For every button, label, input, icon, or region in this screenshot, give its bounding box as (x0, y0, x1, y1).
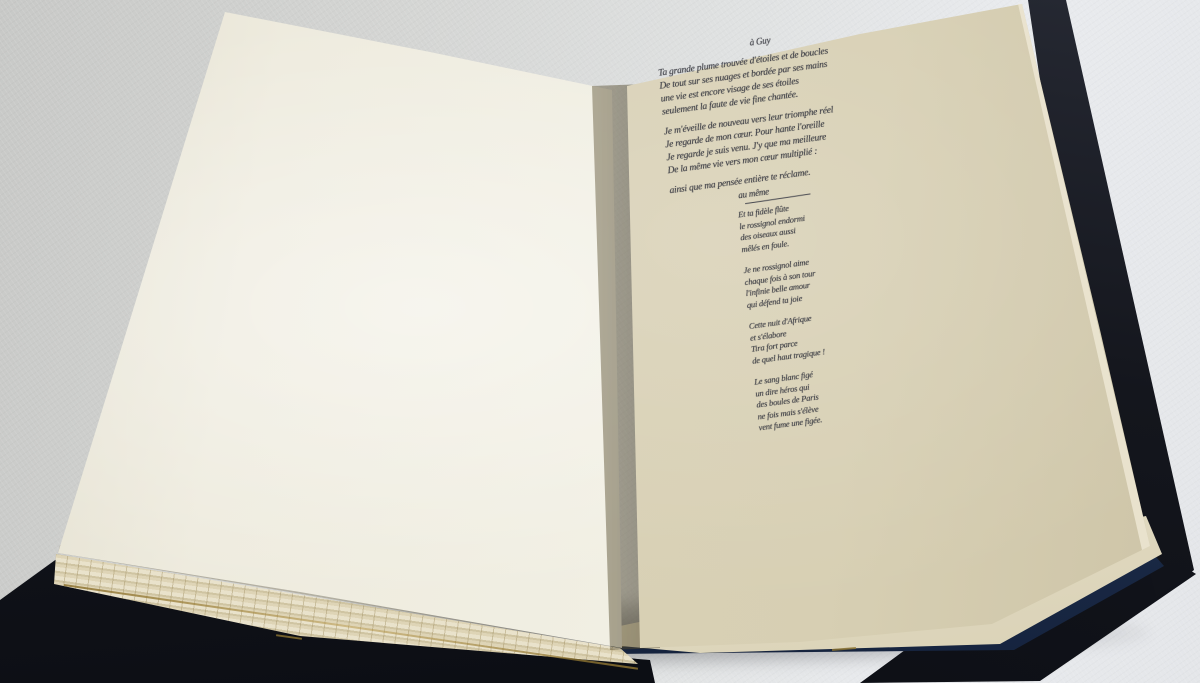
handwritten-manuscript: à Guy Ta grande plume trouvée d'étoiles … (648, 7, 1016, 478)
photo-open-manuscript-book: à Guy Ta grande plume trouvée d'étoiles … (0, 0, 1200, 683)
